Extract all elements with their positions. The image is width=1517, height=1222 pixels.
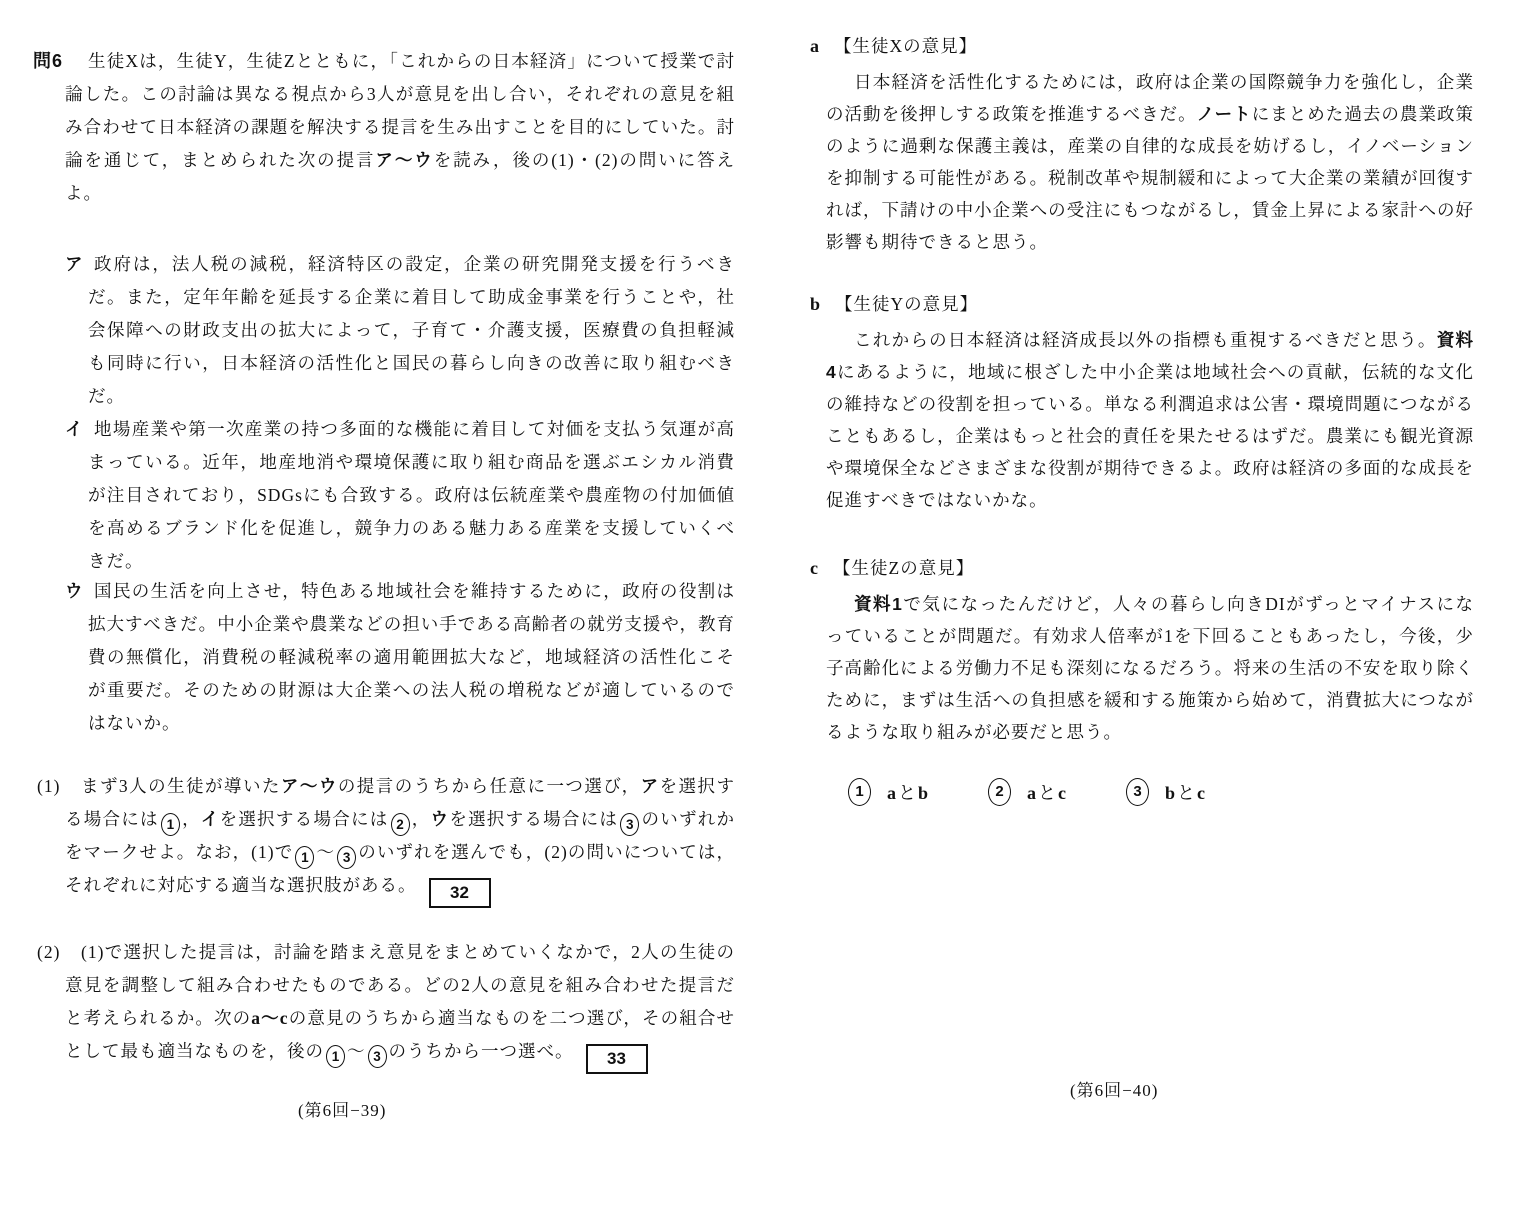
text-segment: a (1027, 783, 1038, 803)
text-segment: ア (641, 776, 660, 796)
opinion-b-text: これからの日本経済は経済成長以外の指標も重視するべきだと思う。資料4にあるように… (826, 324, 1474, 516)
opinion-c-label: c (810, 558, 819, 578)
choice-3-label: bとc (1165, 779, 1207, 805)
opinion-a-label: a (810, 36, 820, 56)
sub-question-2-text: (1)で選択した提言は，討論を踏まえ意見をまとめていくなかで，2人の生徒の意見を… (65, 936, 735, 1074)
proposal-item-a: ア 政府は，法人税の減税，経済特区の設定，企業の研究開発支援を行うべきだ。また，… (65, 248, 735, 413)
circled-number: 1 (295, 846, 314, 869)
proposal-item-i: イ 地場産業や第一次産業の持つ多面的な機能に着目して対価を支払う気運が高まってい… (65, 413, 735, 578)
text-segment: まず3人の生徒が導いた (81, 776, 281, 796)
text-segment: 〜 (316, 842, 335, 862)
proposal-marker-a: ア (65, 248, 84, 281)
sub-question-1-label: (1) (37, 770, 60, 803)
opinion-a-block: a【生徒Xの意見】 日本経済を活性化するためには，政府は企業の国際競争力を強化し… (810, 30, 1482, 258)
text-segment: にあるように，地域に根ざした中小企業は地域社会への貢献，伝統的な文化の維持などの… (826, 362, 1474, 510)
choice-option-1: 1 aとb (848, 778, 930, 806)
opinion-b-block: b【生徒Yの意見】 これからの日本経済は経済成長以外の指標も重視するべきだと思う… (810, 288, 1482, 516)
text-segment: c (1058, 783, 1068, 803)
text-segment: の提言のうちから任意に一つ選び， (338, 776, 641, 796)
proposal-item-u: ウ 国民の生活を向上させ，特色ある地域社会を維持するために，政府の役割は拡大すべ… (65, 575, 735, 740)
text-segment: a (887, 783, 898, 803)
exam-paper-spread: { "left": { "question_label": "問6", "int… (0, 0, 1517, 1222)
opinion-a-title: 【生徒Xの意見】 (834, 36, 977, 56)
text-segment: を選択する場合には (220, 809, 389, 829)
text-segment: ウ (431, 809, 450, 829)
text-segment: イ (201, 809, 220, 829)
proposal-text-i: 地場産業や第一次産業の持つ多面的な機能に着目して対価を支払う気運が高まっている。… (88, 413, 735, 578)
text-segment: b (1165, 783, 1177, 803)
proposal-text-u: 国民の生活を向上させ，特色ある地域社会を維持するために，政府の役割は拡大すべきだ… (88, 575, 735, 740)
sub-question-2: (2) (1)で選択した提言は，討論を踏まえ意見をまとめていくなかで，2人の生徒… (37, 936, 735, 1074)
opinion-b-title: 【生徒Yの意見】 (835, 294, 978, 314)
text-segment: と (1177, 783, 1197, 803)
proposal-marker-i: イ (65, 413, 84, 446)
choice-2-circled-number: 2 (988, 778, 1011, 806)
text-segment: と (1038, 783, 1058, 803)
opinion-c-text: 資料1で気になったんだけど，人々の暮らし向きDIがずっとマイナスになっていること… (826, 588, 1474, 748)
circled-number: 2 (391, 813, 410, 836)
sub-question-2-label: (2) (37, 936, 60, 969)
question-intro-text: 生徒Xは，生徒Y，生徒Zとともに，「これからの日本経済」について授業で討論した。… (65, 45, 735, 210)
page-number-left: (第6回−39) (298, 1096, 386, 1121)
proposal-text-a: 政府は，法人税の減税，経済特区の設定，企業の研究開発支援を行うべきだ。また，定年… (88, 248, 735, 413)
choice-2-label: aとc (1027, 779, 1068, 805)
text-segment: ， (412, 809, 431, 829)
sub-question-1-text: まず3人の生徒が導いたア〜ウの提言のうちから任意に一つ選び，アを選択する場合には… (65, 770, 735, 908)
choice-1-circled-number: 1 (848, 778, 871, 806)
choice-option-2: 2 aとc (988, 778, 1068, 806)
text-segment: ノート (1197, 104, 1252, 124)
text-segment: と (898, 783, 918, 803)
circled-number: 3 (620, 813, 639, 836)
opinion-c-title: 【生徒Zの意見】 (833, 558, 974, 578)
text-segment: a〜c (251, 1008, 288, 1028)
choice-3-circled-number: 3 (1126, 778, 1149, 806)
proposal-marker-u: ウ (65, 575, 84, 608)
circled-number: 1 (161, 813, 180, 836)
answer-box: 32 (429, 878, 491, 908)
text-segment: b (918, 783, 930, 803)
circled-number: 1 (326, 1045, 345, 1068)
text-segment: ア〜ウ (375, 150, 433, 170)
text-segment: ， (182, 809, 201, 829)
answer-choices-row: 1 aとb 2 aとc 3 bとc (848, 778, 1207, 806)
text-segment: 〜 (347, 1041, 366, 1061)
text-segment: c (1197, 783, 1207, 803)
circled-number: 3 (368, 1045, 387, 1068)
opinion-a-heading: a【生徒Xの意見】 (810, 30, 1482, 62)
question-number-label: 問6 (33, 45, 63, 78)
text-segment: にまとめた過去の農業政策のように過剰な保護主義は，産業の自律的な成長を妨げるし，… (826, 104, 1474, 252)
opinion-a-text: 日本経済を活性化するためには，政府は企業の国際競争力を強化し，企業の活動を後押し… (826, 66, 1474, 258)
text-segment: のうちから一つ選べ。 (389, 1041, 574, 1061)
text-segment: で気になったんだけど，人々の暮らし向きDIがずっとマイナスになっていることが問題… (826, 594, 1474, 742)
text-segment: を選択する場合には (449, 809, 618, 829)
sub-question-1: (1) まず3人の生徒が導いたア〜ウの提言のうちから任意に一つ選び，アを選択する… (37, 770, 735, 908)
opinion-b-heading: b【生徒Yの意見】 (810, 288, 1482, 320)
question-6-block: 問6 生徒Xは，生徒Y，生徒Zとともに，「これからの日本経済」について授業で討論… (33, 45, 735, 210)
text-segment: ア〜ウ (281, 776, 338, 796)
opinion-c-heading: c【生徒Zの意見】 (810, 552, 1482, 584)
opinion-c-block: c【生徒Zの意見】 資料1で気になったんだけど，人々の暮らし向きDIがずっとマイ… (810, 552, 1482, 748)
opinion-b-label: b (810, 294, 821, 314)
circled-number: 3 (337, 846, 356, 869)
text-segment: これからの日本経済は経済成長以外の指標も重視するべきだと思う。 (854, 330, 1437, 350)
answer-box: 33 (586, 1044, 648, 1074)
choice-1-label: aとb (887, 779, 930, 805)
page-number-right: (第6回−40) (1070, 1076, 1158, 1101)
text-segment: 資料1 (854, 594, 903, 614)
choice-option-3: 3 bとc (1126, 778, 1207, 806)
